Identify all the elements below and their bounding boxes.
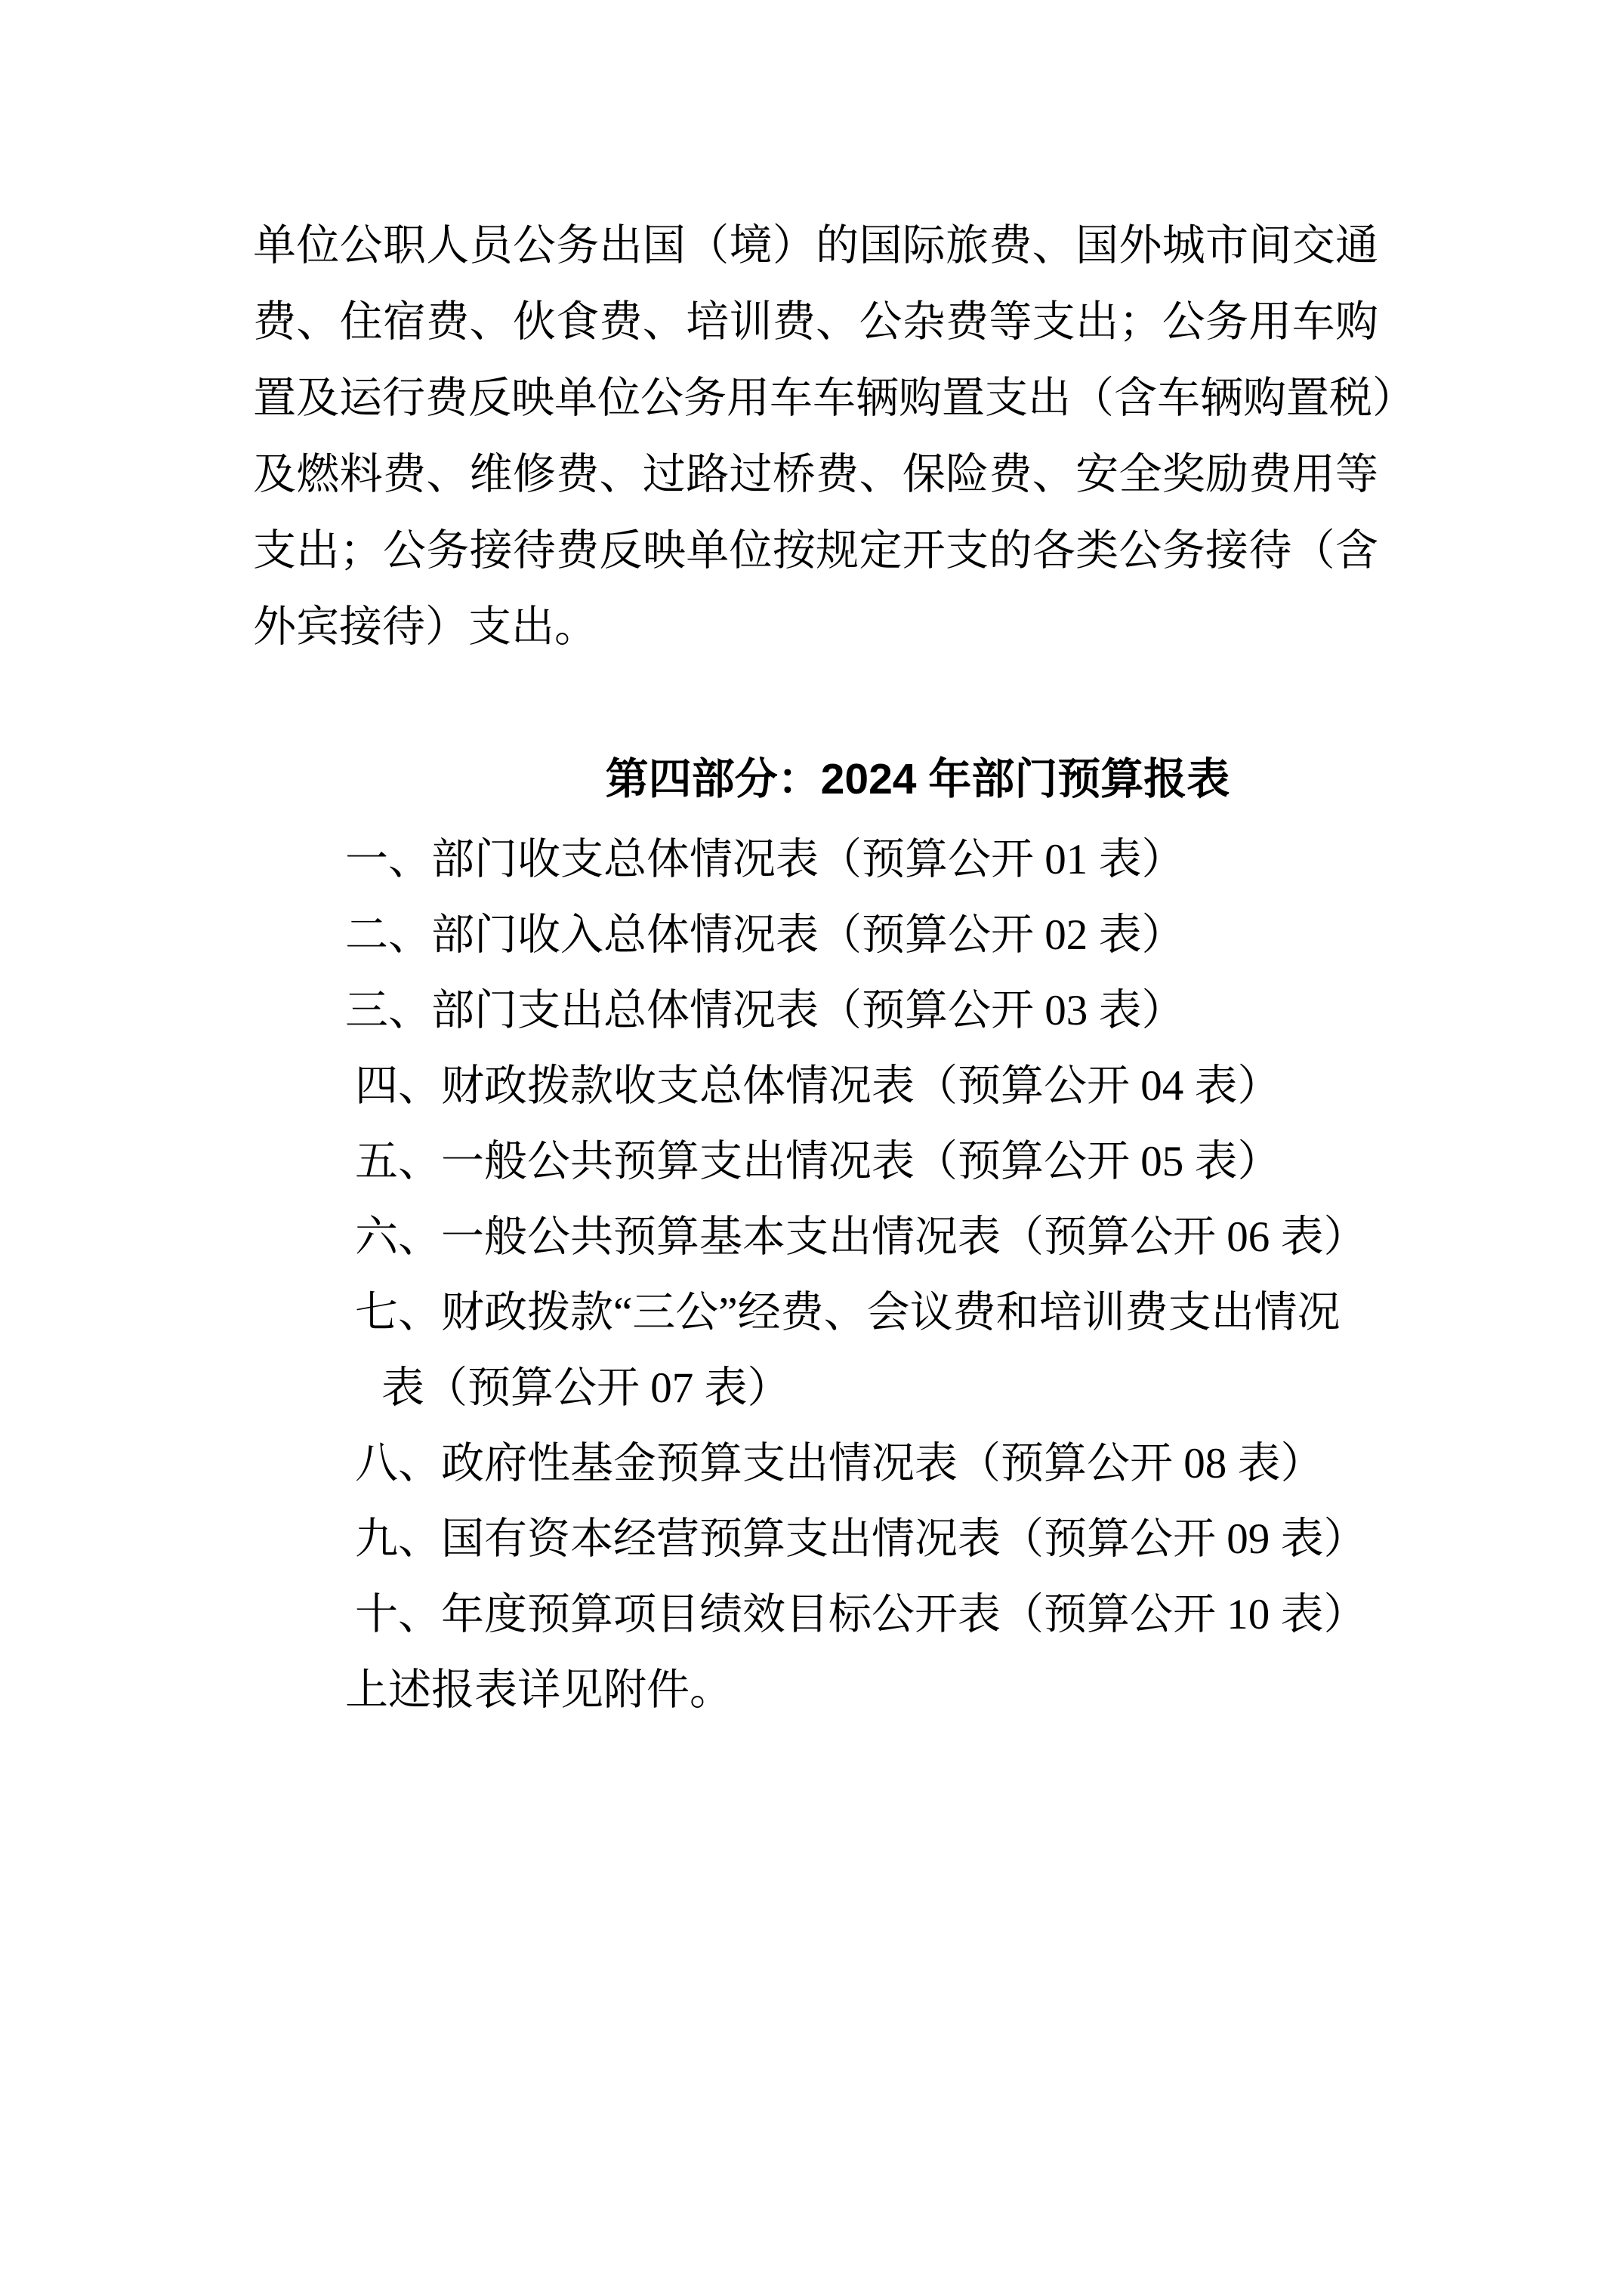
paragraph-line: 外宾接待）支出。 bbox=[253, 589, 1378, 665]
paragraph-line: 及燃料费、维修费、过路过桥费、保险费、安全奖励费用等 bbox=[253, 436, 1378, 513]
paragraph-line: 单位公职人员公务出国（境）的国际旅费、国外城市间交通 bbox=[253, 208, 1378, 284]
report-list-item: 五、一般公共预算支出情况表（预算公开 05 表） bbox=[253, 1124, 1378, 1200]
paragraph-line: 支出；公务接待费反映单位按规定开支的各类公务接待（含 bbox=[253, 513, 1378, 589]
report-list-item: 二、部门收入总体情况表（预算公开 02 表） bbox=[253, 898, 1378, 973]
section-heading: 第四部分：2024 年部门预算报表 bbox=[253, 741, 1378, 818]
body-paragraph: 单位公职人员公务出国（境）的国际旅费、国外城市间交通 费、住宿费、伙食费、培训费… bbox=[253, 208, 1378, 665]
paragraph-line: 置及运行费反映单位公务用车车辆购置支出（含车辆购置税） bbox=[253, 360, 1378, 436]
report-list-item: 三、部门支出总体情况表（预算公开 03 表） bbox=[253, 973, 1378, 1049]
report-list-item: 九、国有资本经营预算支出情况表（预算公开 09 表） bbox=[253, 1502, 1378, 1577]
report-list-item: 七、财政拨款“三公”经费、会议费和培训费支出情况 bbox=[253, 1275, 1378, 1351]
paragraph-line: 费、住宿费、伙食费、培训费、公杂费等支出；公务用车购 bbox=[253, 284, 1378, 360]
report-list-item: 一、部门收支总体情况表（预算公开 01 表） bbox=[253, 822, 1378, 898]
report-list-item: 八、政府性基金预算支出情况表（预算公开 08 表） bbox=[253, 1426, 1378, 1502]
report-list-item-continuation: 表（预算公开 07 表） bbox=[253, 1351, 1378, 1426]
report-list-item: 四、财政拨款收支总体情况表（预算公开 04 表） bbox=[253, 1049, 1378, 1124]
report-list-item: 六、一般公共预算基本支出情况表（预算公开 06 表） bbox=[253, 1200, 1378, 1275]
closing-line: 上述报表详见附件。 bbox=[253, 1653, 1378, 1728]
report-list-item: 十、年度预算项目绩效目标公开表（预算公开 10 表） bbox=[253, 1577, 1378, 1653]
text-block: 单位公职人员公务出国（境）的国际旅费、国外城市间交通 费、住宿费、伙食费、培训费… bbox=[253, 208, 1378, 1728]
document-page: 单位公职人员公务出国（境）的国际旅费、国外城市间交通 费、住宿费、伙食费、培训费… bbox=[0, 0, 1623, 2296]
report-table-list: 一、部门收支总体情况表（预算公开 01 表） 二、部门收入总体情况表（预算公开 … bbox=[253, 822, 1378, 1728]
